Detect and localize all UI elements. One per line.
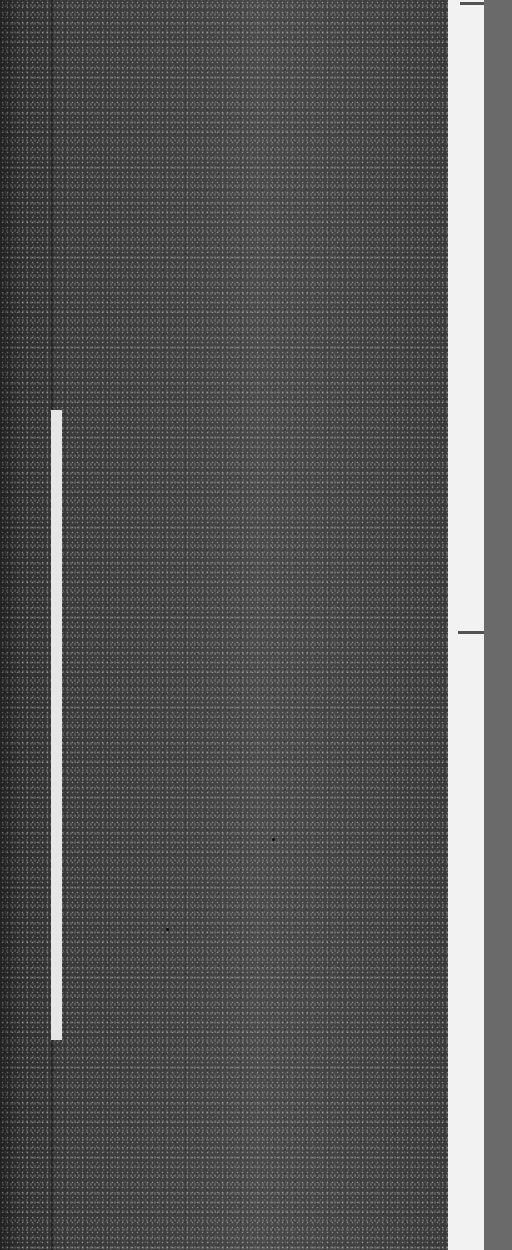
edge-line-patch [470,608,484,632]
oil-spot [166,928,169,931]
road-surface [0,0,512,1250]
left-lane-dash-marking [51,410,62,1040]
tar-mark [460,2,484,5]
road-shoulder [484,0,512,1250]
oil-spot [272,838,275,841]
tar-mark [458,631,484,634]
asphalt-texture [0,0,512,1250]
left-edge-shadow [0,0,22,1250]
